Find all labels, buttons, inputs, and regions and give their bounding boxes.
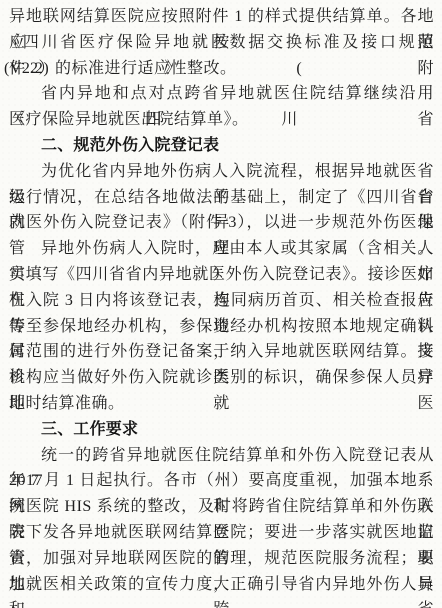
text-line: 异地联网结算医院应按照附件 1 的样式提供结算单。各地应按照 [9,4,434,30]
text-line: 就医外伤入院登记表》（附件 3），以进一步规范外伤医保管理。 [9,210,434,236]
text-line: 统一的跨省异地就医住院结算单和外伤入院登记表从 2017 [9,443,434,469]
text-line: 运行情况，在总结各地做法的基础上，制定了《四川省省内异地 [9,185,434,211]
text-line: 表下发各异地就医联网结算医院；要进一步落实就医地监管的职 [9,520,434,546]
text-line: 省内异地和点对点跨省异地就医住院结算继续沿用《四川省 [9,81,434,107]
section-heading: 二、规范外伤入院登记表 [9,133,434,159]
text-line: 异地外伤病人入院时，应由本人或其家属（含相关人员）如 [9,236,434,262]
text-line: 网医院 HIS 系统的整改，及时将跨省住院结算单和外伤入院登记 [9,494,434,520]
text-line: 为优化省内异地外伤病人入院流程，根据异地就医省级平台 [9,159,434,185]
document-text-block: 异地联网结算医院应按照附件 1 的样式提供结算单。各地应按照《四川省医疗保险异地… [9,4,434,597]
text-line: 在入院 3 日内将该登记表，连同病历首页、相关检查报告等资料 [9,288,434,314]
text-line: 付范围的进行外伤登记备案，纳入异地就医联网结算。接诊医疗 [9,339,434,365]
text-line: 责，加强对异地联网医院的管理，规范医院服务流程；要加大异 [9,546,434,572]
text-line: 《四川省医疗保险异地就医数据交换标准及接口规范(V2.2)》(附 [4,30,434,56]
text-line: 传至参保地经办机构，参保地经办机构按照本地规定确认属于支 [9,314,434,340]
document-page: 异地联网结算医院应按照附件 1 的样式提供结算单。各地应按照《四川省医疗保险异地… [0,0,442,608]
text-line: 地就医相关政策的宣传力度，正确引导省内异地外伤人员和跨省 [9,572,434,598]
section-heading: 三、工作要求 [9,417,434,443]
text-line: 年 7 月 1 日起执行。各市（州）要高度重视，加强本地系统和联 [9,468,434,494]
text-line: 机构应当做好外伤入院就诊类别的标识，确保参保人员异地就医 [9,365,434,391]
text-line: 实填写《四川省省内异地就医外伤入院登记表》。接诊医疗机构应 [9,262,434,288]
